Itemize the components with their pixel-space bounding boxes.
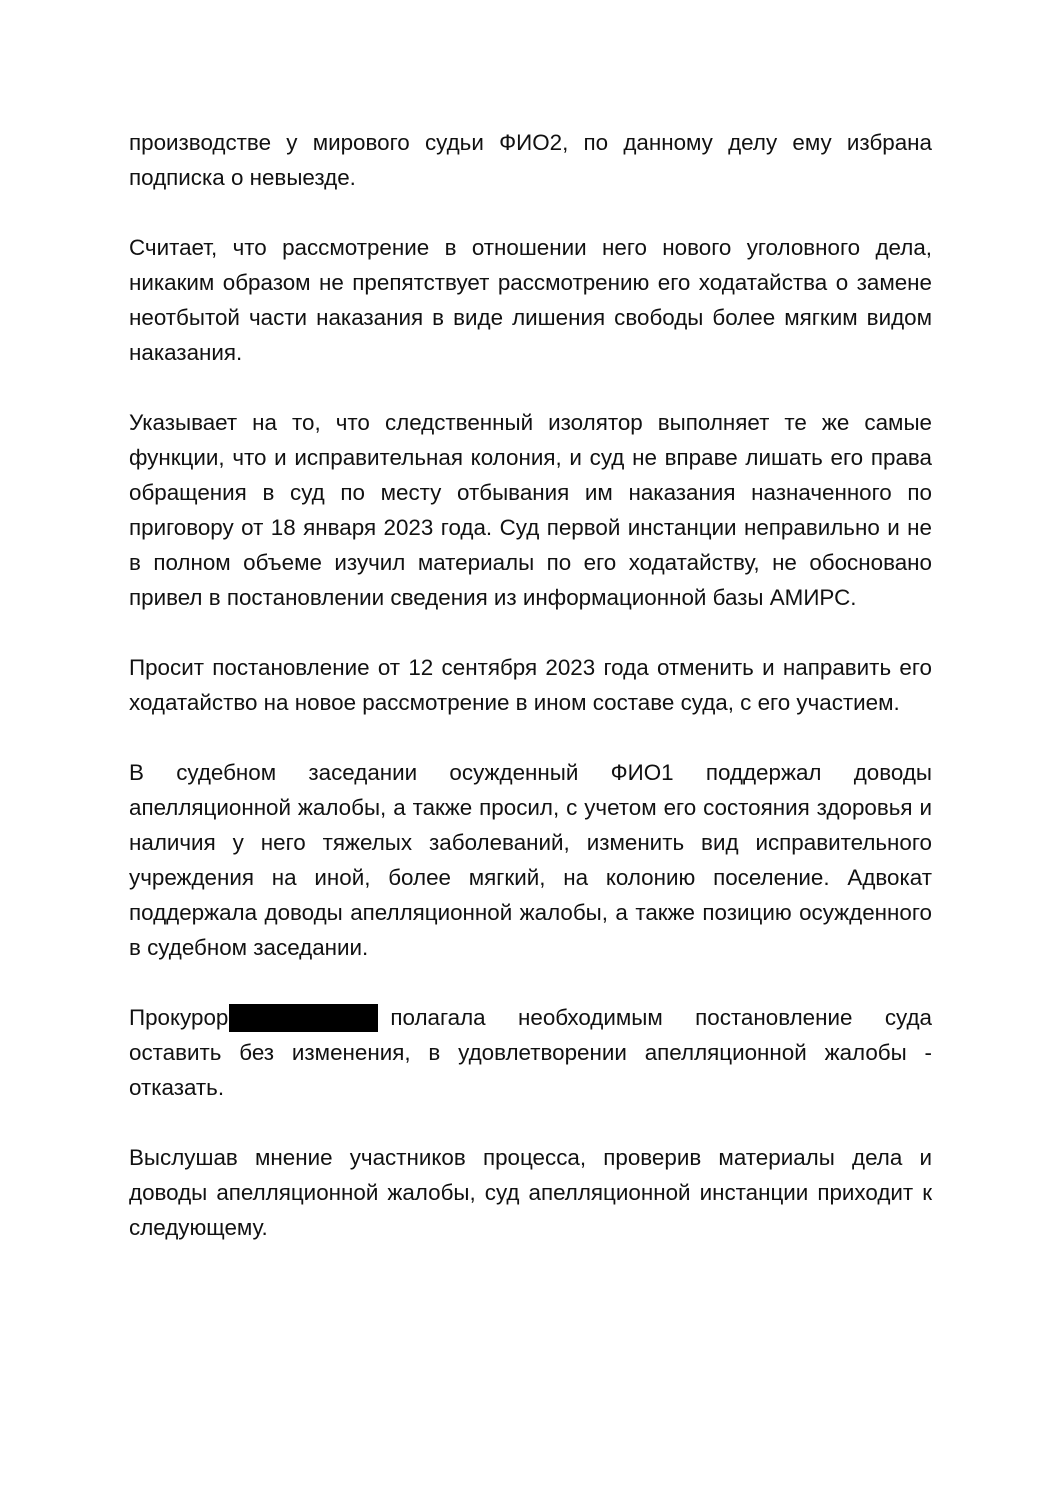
- paragraph-preventive-measure: производстве у мирового судьи ФИО2, по д…: [129, 125, 932, 195]
- paragraph-court-conclusion: Выслушав мнение участников процесса, про…: [129, 1140, 932, 1245]
- prosecutor-label: Прокурор: [129, 1005, 228, 1030]
- document-page: производстве у мирового судьи ФИО2, по д…: [129, 125, 932, 1280]
- paragraph-detention-center-argument: Указывает на то, что следственный изолят…: [129, 405, 932, 615]
- redacted-name-block: [229, 1004, 378, 1032]
- paragraph-request-to-cancel: Просит постановление от 12 сентября 2023…: [129, 650, 932, 720]
- paragraph-prosecutor-position: Прокурорполагала необходимым постановлен…: [129, 1000, 932, 1105]
- paragraph-court-session: В судебном заседании осужденный ФИО1 под…: [129, 755, 932, 965]
- paragraph-new-criminal-case: Считает, что рассмотрение в отношении не…: [129, 230, 932, 370]
